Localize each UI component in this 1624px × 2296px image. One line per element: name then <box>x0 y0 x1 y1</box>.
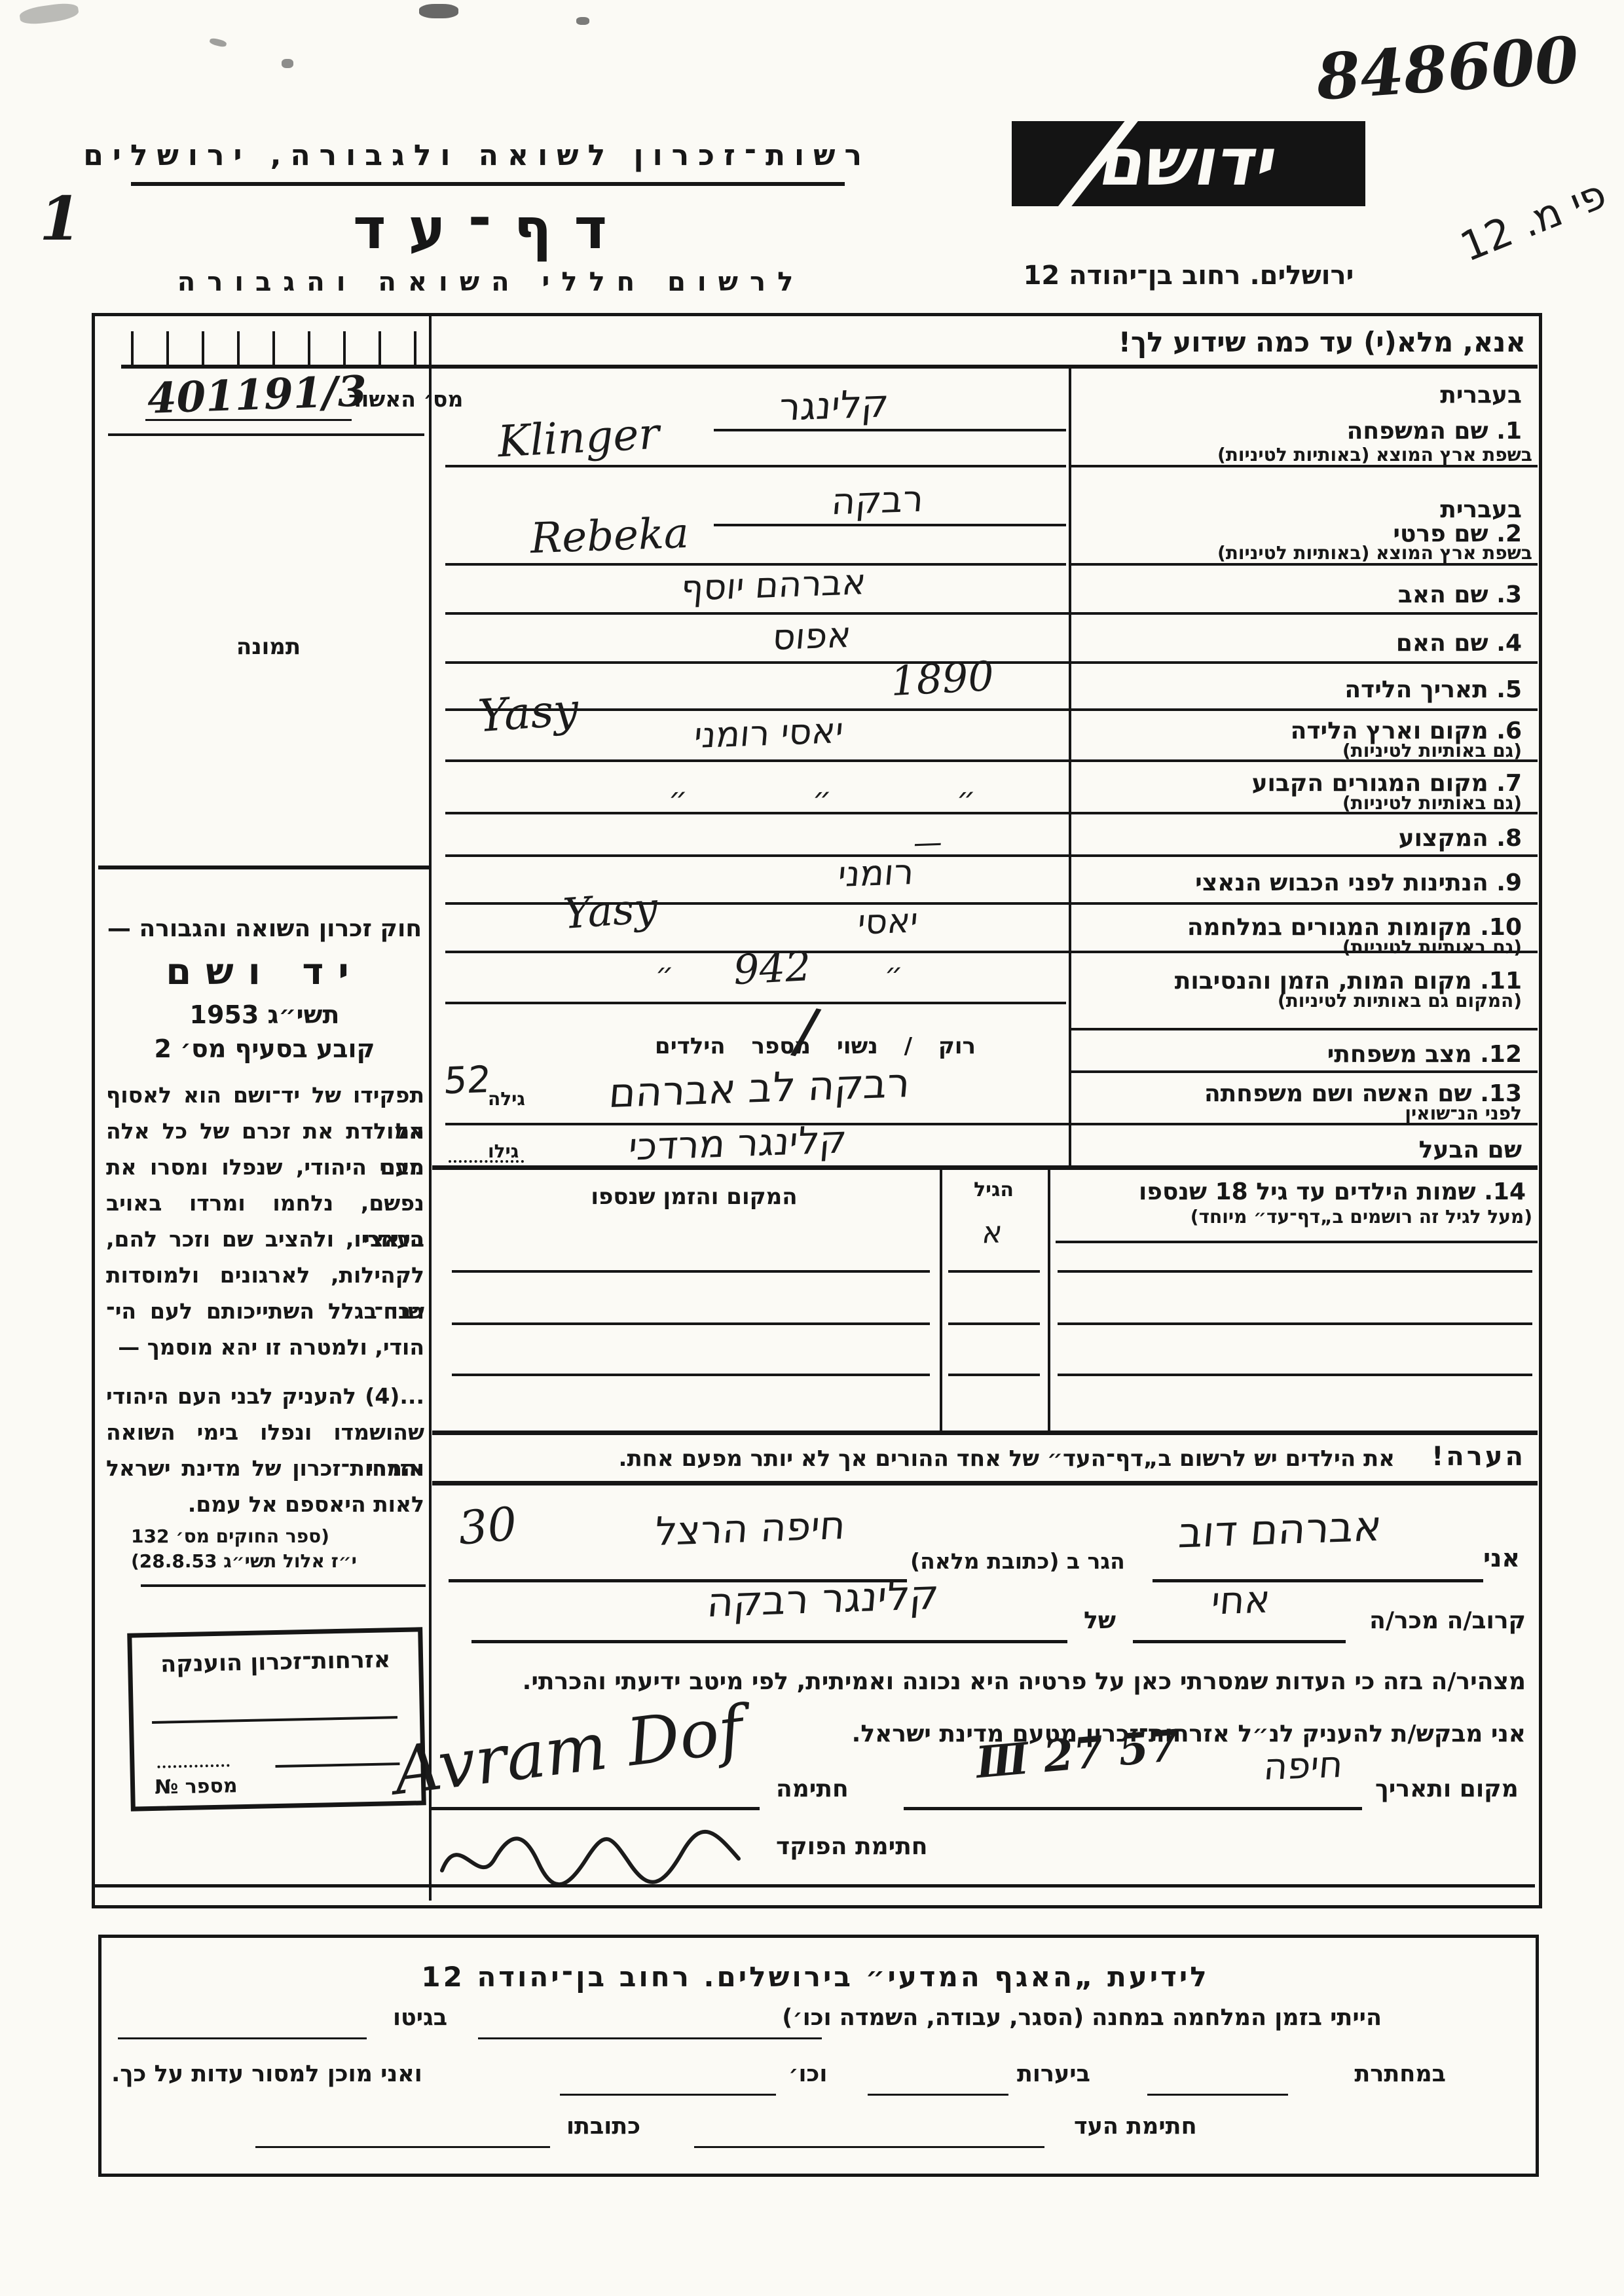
law-line: המולדת את זכרם של כל אלה מבני <box>106 1113 424 1149</box>
declaration-blank <box>471 1640 1067 1643</box>
law-line: תפקידו של יד־ושם הוא לאסוף אל <box>106 1077 424 1113</box>
field9-label: 9. הנתינות לפני הכבוש הנאצי <box>1195 869 1522 896</box>
footer-etc-label: וכו׳ <box>788 2061 827 2087</box>
scan-smudge <box>419 4 458 18</box>
law-name: יד ושם <box>105 951 424 993</box>
declaration-blank <box>1133 1640 1346 1643</box>
office-address: ירושלים. רחוב בן־יהודה 12 <box>1012 261 1365 291</box>
wife-age-answer: 52 <box>442 1059 492 1103</box>
footer-ghetto-label: בגיטו <box>393 2005 447 2031</box>
mother-name-answer: אפוס <box>771 614 853 658</box>
residence-ditto-2: ״ <box>811 780 833 816</box>
stamp-number-label: מספר № <box>155 1774 238 1799</box>
table-row-line <box>948 1270 1040 1273</box>
clerk-signature-label: חתימת הפוקד <box>776 1833 928 1860</box>
declarant-address-handwritten: חיפה הרצל <box>653 1503 847 1555</box>
field4-label: 4. שם האם <box>1396 630 1522 657</box>
field2-sublabel: בשפת ארץ המוצא (באותיות לטיניות) <box>1217 542 1532 564</box>
wife-age-label: גילה <box>488 1088 525 1110</box>
table-handwritten-mark: א <box>981 1214 1004 1250</box>
death-ditto-right: ״ <box>883 957 904 991</box>
stamp-line <box>152 1716 397 1724</box>
place-date-label: מקום ותאריך <box>1375 1776 1519 1802</box>
field1-sublabel: בשפת ארץ המוצא (באותיות לטיניות) <box>1217 444 1532 465</box>
rule <box>445 1123 1538 1125</box>
rule <box>445 812 1538 814</box>
footer-witness-signature-label: חתימת העד <box>1074 2113 1197 2140</box>
answer-line <box>445 465 1066 467</box>
rule <box>1056 1241 1538 1243</box>
relative-label: קרוב/ה מכר/ה <box>1369 1607 1526 1634</box>
law-intro: חוק זכרון השואה והגבורה — <box>105 915 424 942</box>
field2-pre-label: בעברית <box>1440 496 1522 523</box>
answer-line <box>714 524 1066 526</box>
note-bottom-rule <box>432 1481 1538 1485</box>
field11-sublabel: (המקום גם באותיות לטיניות) <box>1278 990 1522 1011</box>
citizenship-answer: רומני <box>836 851 915 895</box>
husband-label: שם הבעל <box>1419 1137 1522 1163</box>
family-name-hebrew-answer: קלינגר <box>777 381 891 429</box>
approval-number-label: מס׳ האשור <box>348 386 463 412</box>
field10-sublabel: (גם באותיות לטיניות) <box>1342 936 1522 958</box>
law-footnote-line2: י״ז אלול תשי״ג 28.8.53) <box>131 1550 357 1572</box>
footer-blank <box>255 2146 550 2148</box>
of-label: של <box>1084 1607 1116 1634</box>
form-subtitle: לרשום חללי השואה והגבורה <box>111 267 871 297</box>
stamp-line <box>275 1762 399 1768</box>
footer-war-label: הייתי בזמן המלחמה במחנה (הסגר, עבודה, הש… <box>782 2005 1382 2031</box>
birth-place-latin-answer: Yasy <box>476 684 580 743</box>
law-line: לקהילות, לארגונים ולמוסדות שנח־ <box>106 1257 424 1293</box>
death-ditto-left: ״ <box>654 957 675 991</box>
first-name-latin-answer: Rebeka <box>530 509 690 563</box>
table-vline <box>940 1165 942 1430</box>
rule <box>445 708 1538 711</box>
law-line: הודי, ולמטרה זו יהא מוסמך — <box>106 1329 424 1365</box>
law-line: שהושמדו ונפלו בימי השואה והמרי <box>106 1414 424 1450</box>
declaration-i-label: אני <box>1483 1544 1520 1573</box>
form-title: דף־עד <box>111 196 871 262</box>
death-year-answer: 942 <box>732 942 812 994</box>
birth-date-answer: 1890 <box>889 652 995 705</box>
first-name-hebrew-answer: רבקה <box>830 477 925 523</box>
photo-label: תמונה <box>229 634 308 660</box>
signature-line <box>429 1807 760 1810</box>
rule <box>445 759 1538 762</box>
memorial-citizenship-stamp-box: אזרחות־זכרון הוענקה מספר № <box>127 1627 426 1811</box>
husband-age-label: גילו <box>488 1140 519 1162</box>
husband-name-answer: קלינגר מרדכי <box>627 1117 849 1169</box>
table-row-line <box>948 1374 1040 1376</box>
answer-line <box>445 1002 1066 1004</box>
scan-smudge <box>19 1 80 26</box>
table-row-line <box>1058 1374 1532 1376</box>
table-row-line <box>1058 1322 1532 1325</box>
footer-blank <box>868 2094 1008 2096</box>
handwritten-pen-note: פי מ. 12 <box>1454 170 1613 271</box>
law-line: העם היהודי, שנפלו ומסרו את <box>106 1149 424 1185</box>
footer-blank <box>694 2146 1044 2148</box>
table-row-line <box>1058 1270 1532 1273</box>
father-name-answer: אברהם יוסף <box>679 561 868 609</box>
law-paragraph-1: תפקידו של יד־ושם הוא לאסוף אל המולדת את … <box>106 1077 424 1365</box>
rule <box>445 854 1538 857</box>
law-line: לאות היאספם אל עמם. <box>106 1486 424 1522</box>
table-vline <box>1048 1165 1050 1430</box>
header-rule <box>131 182 845 186</box>
table-row-line <box>452 1270 930 1273</box>
bottom-double-rule <box>94 1884 1535 1887</box>
war-residence-hebrew-answer: יאסי <box>856 901 919 942</box>
rule <box>445 951 1538 953</box>
approval-number-value: 401191/3 <box>147 367 368 424</box>
law-line: בעוזריו, ולהציב שם וזכר להם, <box>106 1221 424 1257</box>
law-clause: קובע בסעיף מס׳ 2 <box>105 1034 424 1063</box>
footer-testify-label: ואני מוכן למסור עדות על כך. <box>111 2061 422 2087</box>
authority-title: רשות־זכרון לשואה ולגבורה, ירושלים <box>111 139 871 172</box>
family-name-latin-answer: Klinger <box>496 409 661 467</box>
declarant-name-handwritten: אברהם דוב <box>1177 1502 1384 1558</box>
deceased-name-handwritten: קלינגר רבקה <box>705 1571 941 1627</box>
field14-label: 14. שמות הילדים עד גיל 18 שנספו <box>1139 1178 1526 1205</box>
law-paragraph-2: ‏...(4) להעניק לבני העם היהודי שהושמדו ו… <box>106 1378 424 1522</box>
signature-label: חתימה <box>776 1776 849 1802</box>
place-handwritten: חיפה <box>1262 1743 1344 1789</box>
table-row-line <box>948 1322 1040 1325</box>
label-column-separator <box>1069 365 1071 1165</box>
war-residence-latin-answer: Yasy <box>562 884 659 939</box>
footer-forests-label: ביערות <box>1017 2061 1090 2087</box>
field13-sublabel: לפני הנ־שואין <box>1405 1102 1522 1124</box>
law-year: תשי״ג 1953 <box>105 1000 424 1029</box>
sidebar-separator <box>429 313 432 1901</box>
rule <box>1071 1070 1538 1073</box>
law-footnote-line1: (ספר החוקים מס׳ 132 <box>131 1525 329 1547</box>
table-col-age-header: הגיל <box>940 1178 1048 1201</box>
note-text: את הילדים יש לרשום ב„דף־העד״ של אחד ההור… <box>619 1446 1395 1472</box>
note-label: הערה! <box>1431 1442 1526 1472</box>
approval-underline <box>145 419 352 421</box>
footer-blank <box>118 2037 367 2039</box>
table-row-line <box>452 1374 930 1376</box>
law-line: ‏...(4) להעניק לבני העם היהודי <box>106 1378 424 1414</box>
fill-instruction: אנא, מלא(י) עד כמה שידוע לך! <box>1118 326 1526 358</box>
declaration-statement: מצהיר/ה בזה כי העדות שמסרתי כאן על פרטיה… <box>523 1668 1526 1695</box>
scan-smudge <box>282 59 293 68</box>
logo-text: ידושם <box>1012 124 1365 200</box>
residence-ditto-1: ״ <box>955 780 977 816</box>
footer-blank <box>478 2037 822 2039</box>
footer-blank <box>560 2094 776 2096</box>
birth-place-hebrew-answer: יאסי רומני <box>692 710 845 756</box>
rule <box>108 433 424 436</box>
table-col-place-header: המקום והזמן שנספו <box>458 1184 930 1210</box>
rule <box>1071 1028 1538 1030</box>
rule <box>445 612 1538 615</box>
stamp-title: אזרחות־זכרון הוענקה <box>132 1646 419 1678</box>
relation-handwritten: אחי <box>1209 1576 1272 1623</box>
stamp-dashed-line <box>157 1764 229 1768</box>
page-of-testimony-scan: 848600 פי מ. 12 1 רשות־זכרון לשואה ולגבו… <box>0 0 1624 2296</box>
field3-label: 3. שם האב <box>1398 581 1522 608</box>
sidebar-rule <box>98 866 429 869</box>
declaration-blank <box>1153 1579 1483 1582</box>
sidebar-rule <box>141 1584 426 1587</box>
profession-answer: — <box>912 826 944 860</box>
declaration-resides-label: הגר ב (כתובת מלאה) <box>910 1548 1125 1574</box>
footer-address-label: כתובתו <box>566 2113 640 2140</box>
field1-label: 1. שם המשפחה <box>1347 418 1522 445</box>
handwritten-batch-number: 848600 <box>1314 22 1581 115</box>
place-date-line <box>904 1807 1362 1810</box>
field8-label: 8. המקצוע <box>1399 825 1522 852</box>
field7-sublabel: (גם באותיות לטיניות) <box>1342 792 1522 814</box>
scan-smudge <box>576 17 589 25</box>
footer-title: לידיעת „האגף המדעי״ בירושלים. רחוב בן־יה… <box>105 1961 1526 1993</box>
handwritten-margin-mark: 1 <box>39 183 81 254</box>
footer-underground-label: במחתרת <box>1354 2061 1446 2087</box>
law-line: נפשם, נלחמו ומרדו באויב הנאצי <box>106 1185 424 1221</box>
field5-label: 5. תאריך הלידה <box>1344 676 1522 703</box>
answer-line <box>714 429 1066 431</box>
footer-blank <box>1147 2094 1288 2096</box>
scan-smudge <box>209 37 227 48</box>
field1-pre-label: בעברית <box>1440 382 1522 409</box>
law-line: אזרחות־זכרון של מדינת ישראל <box>106 1450 424 1486</box>
residence-ditto-3: ״ <box>667 780 689 816</box>
field14-sublabel: (מעל לגיל זה רושמים ב„דף־עד״ מיוחד) <box>1190 1206 1532 1228</box>
yad-vashem-logo: ידושם <box>1012 121 1365 206</box>
field6-sublabel: (גם באותיות לטיניות) <box>1342 740 1522 761</box>
declarant-address-number: 30 <box>456 1497 519 1555</box>
rule <box>1071 563 1538 566</box>
declaration-request: אני מבקש/ת להעניק לנ״ל אזרחות־זכרון מטעם… <box>852 1721 1526 1747</box>
table-bottom-rule <box>432 1430 1538 1435</box>
rule <box>1071 465 1538 467</box>
law-line: רבו בגלל השתייכותם לעם הי־ <box>106 1293 424 1329</box>
table-top-rule <box>432 1165 1538 1170</box>
field12-label: 12. מצב משפחתי <box>1327 1041 1522 1068</box>
table-row-line <box>452 1322 930 1325</box>
